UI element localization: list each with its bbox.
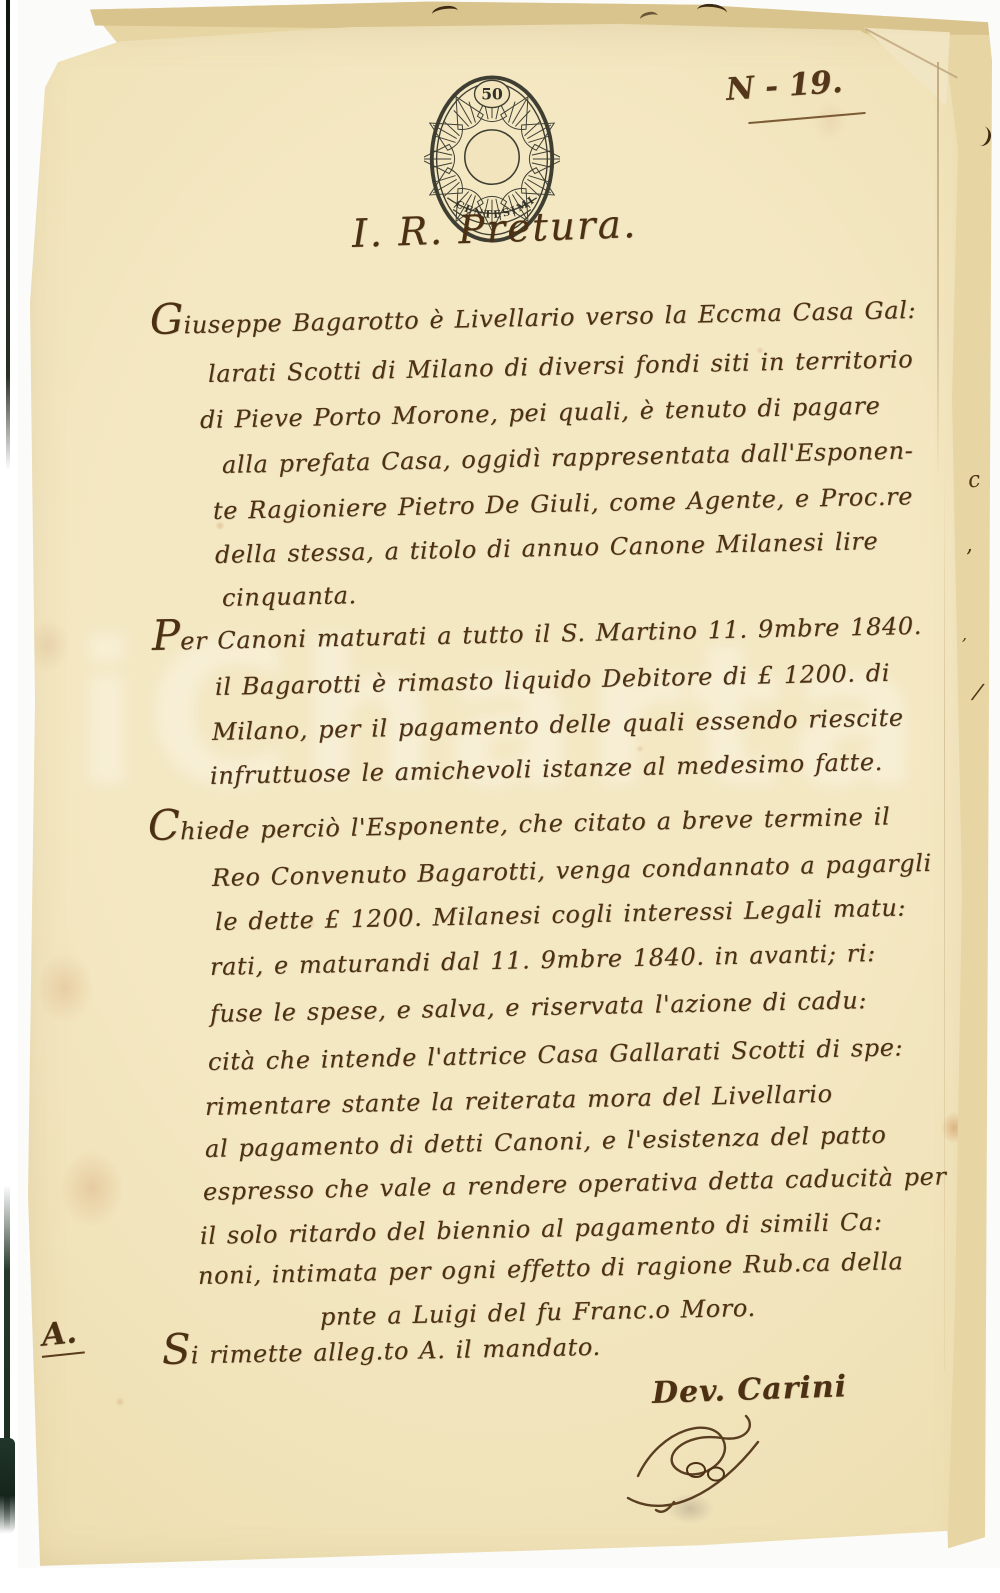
- stray-ink-mark: ,: [962, 625, 967, 644]
- signature-flourish: [618, 1398, 798, 1538]
- scanner-bottom-strip: [0, 1568, 1000, 1593]
- document-scan: iCharta c ’ / ,: [0, 0, 1000, 1593]
- margin-note: A.: [38, 1314, 85, 1358]
- scanner-edge-line: [6, 0, 10, 470]
- vertical-crease: [937, 62, 939, 482]
- manuscript-line: cinquanta.: [222, 581, 357, 612]
- stamp-denomination: 50: [481, 85, 503, 104]
- vertical-crease-lower: [944, 470, 945, 1370]
- edge-blotch: [0, 1438, 15, 1534]
